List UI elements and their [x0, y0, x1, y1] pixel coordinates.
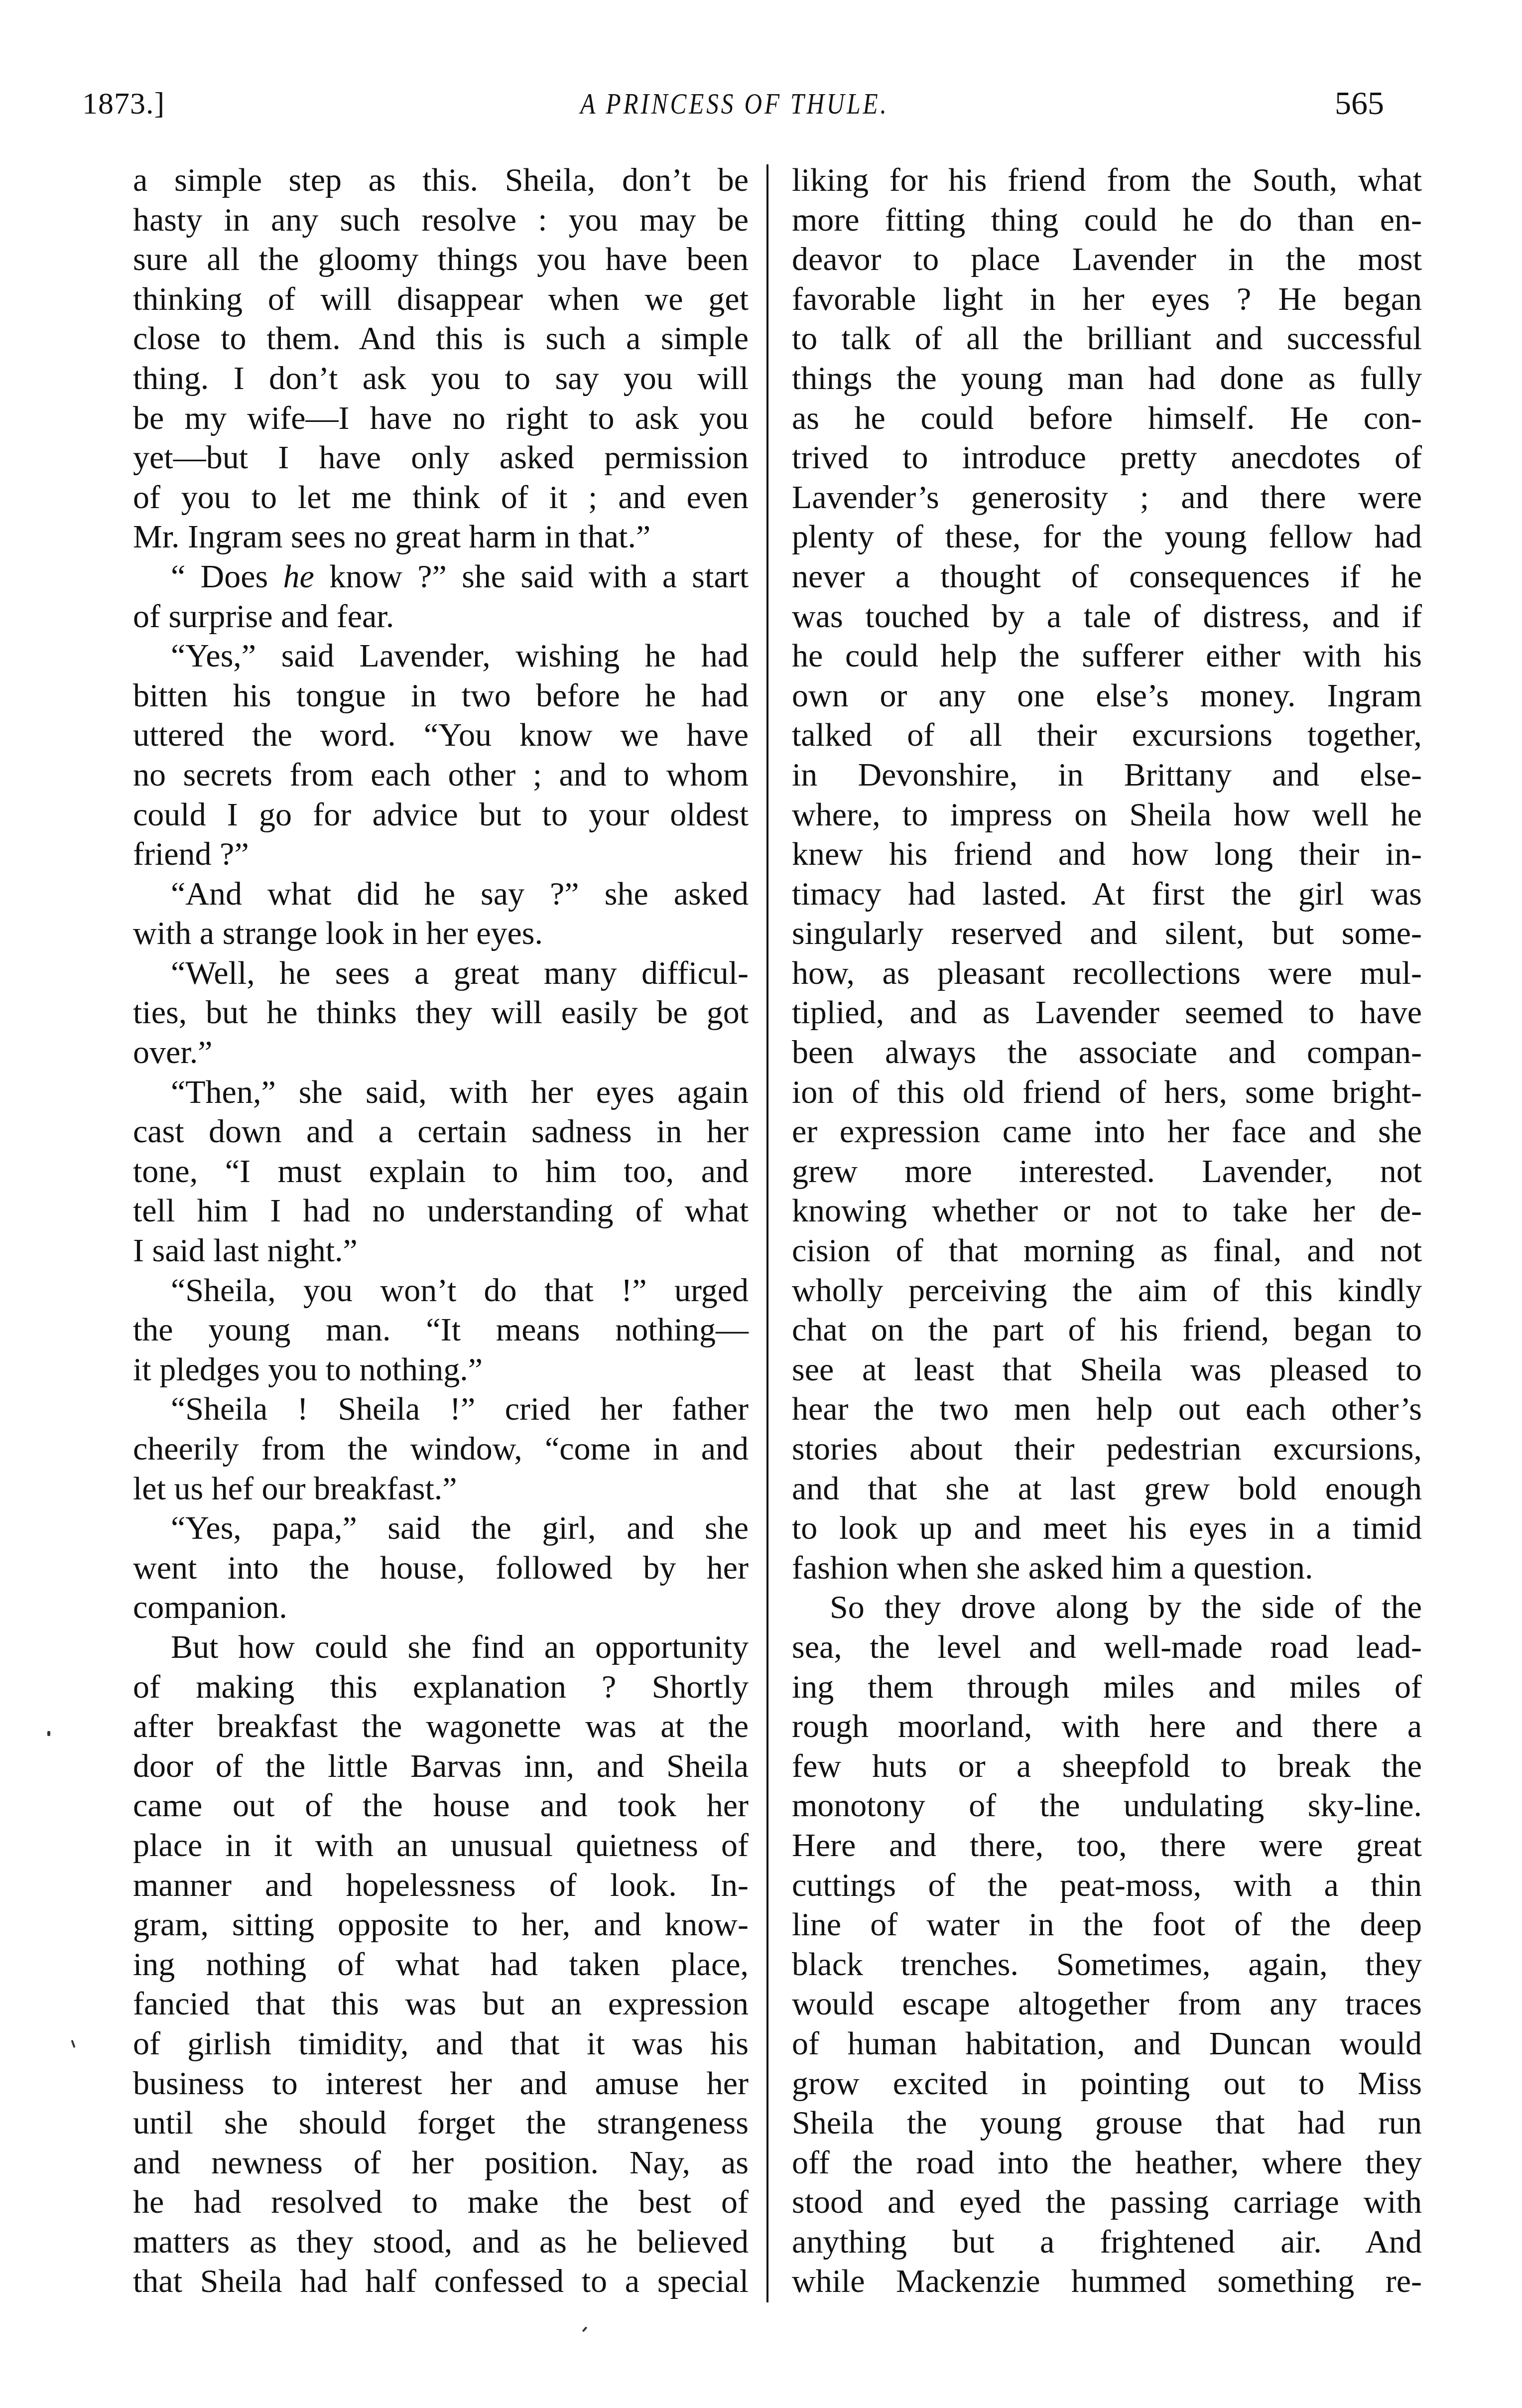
text-line: own or any one else’s money. Ingram	[792, 676, 1422, 716]
text-line: after breakfast the wagonette was at the	[133, 1707, 749, 1746]
text-line: Mr. Ingram sees no great harm in that.”	[133, 517, 749, 557]
text-line: a simple step as this. Sheila, don’t be	[133, 160, 749, 200]
text-line: hear the two men help out each other’s	[792, 1389, 1422, 1429]
running-head: 1873.] A PRINCESS OF THULE. 565	[0, 80, 1522, 125]
text-line: that Sheila had half confessed to a spec…	[133, 2262, 749, 2301]
text-segment: “ Does	[171, 558, 283, 595]
text-line: close to them. And this is such a simple	[133, 319, 749, 359]
text-line: to talk of all the brilliant and success…	[792, 319, 1422, 359]
text-line: chat on the part of his friend, began to	[792, 1310, 1422, 1350]
text-line: ing nothing of what had taken place,	[133, 1945, 749, 1985]
text-line: tiplied, and as Lavender seemed to have	[792, 993, 1422, 1033]
text-line: “Yes, papa,” said the girl, and she	[133, 1508, 749, 1548]
text-line: came out of the house and took her	[133, 1786, 749, 1826]
text-line: it pledges you to nothing.”	[133, 1350, 749, 1390]
text-line: knew his friend and how long their in-	[792, 834, 1422, 874]
text-line: “Then,” she said, with her eyes again	[133, 1072, 749, 1112]
text-line: black trenches. Sometimes, again, they	[792, 1945, 1422, 1985]
text-line: favorable light in her eyes ? He began	[792, 279, 1422, 319]
text-line: cheerily from the window, “come in and	[133, 1429, 749, 1469]
text-line: companion.	[133, 1588, 749, 1627]
text-line: ion of this old friend of hers, some bri…	[792, 1072, 1422, 1112]
text-line: of girlish timidity, and that it was his	[133, 2024, 749, 2064]
running-head-title: A PRINCESS OF THULE.	[565, 84, 904, 124]
text-line: fancied that this was but an expression	[133, 1984, 749, 2024]
text-line: hasty in any such resolve : you may be	[133, 200, 749, 240]
text-line: tone, “I must explain to him too, and	[133, 1152, 749, 1192]
text-line: tell him I had no understanding of what	[133, 1191, 749, 1231]
text-line: he could help the sufferer either with h…	[792, 636, 1422, 676]
text-line: timacy had lasted. At first the girl was	[792, 874, 1422, 914]
text-line: of you to let me think of it ; and even	[133, 478, 749, 518]
text-line: was touched by a tale of distress, and i…	[792, 597, 1422, 637]
text-line: Here and there, too, there were great	[792, 1826, 1422, 1866]
italic-emphasis: he	[283, 558, 314, 595]
text-line: few huts or a sheepfold to break the	[792, 1746, 1422, 1786]
text-line: line of water in the foot of the deep	[792, 1905, 1422, 1945]
text-line: the young man. “It means nothing—	[133, 1310, 749, 1350]
book-page: 1873.] A PRINCESS OF THULE. 565 a simple…	[0, 0, 1522, 2408]
text-line: of making this explanation ? Shortly	[133, 1667, 749, 1707]
text-line: of surprise and fear.	[133, 597, 749, 637]
text-line: anything but a frightened air. And	[792, 2222, 1422, 2262]
text-line: Lavender’s generosity ; and there were	[792, 478, 1422, 518]
text-line: manner and hopelessness of look. In-	[133, 1866, 749, 1905]
text-line: would escape altogether from any traces	[792, 1984, 1422, 2024]
text-line: door of the little Barvas inn, and Sheil…	[133, 1746, 749, 1786]
text-line: cuttings of the peat-moss, with a thin	[792, 1866, 1422, 1905]
text-line: and that she at last grew bold enough	[792, 1469, 1422, 1509]
scan-speck	[582, 2326, 588, 2332]
left-column: a simple step as this. Sheila, don’t beh…	[133, 160, 749, 2301]
text-line: sure all the gloomy things you have been	[133, 240, 749, 279]
text-line: ties, but he thinks they will easily be …	[133, 993, 749, 1033]
text-line: grow excited in pointing out to Miss	[792, 2064, 1422, 2104]
text-line: I said last night.”	[133, 1231, 749, 1271]
text-line: over.”	[133, 1033, 749, 1072]
text-line: to look up and meet his eyes in a timid	[792, 1508, 1422, 1548]
text-line: business to interest her and amuse her	[133, 2064, 749, 2104]
text-line: things the young man had done as fully	[792, 359, 1422, 399]
text-line: could I go for advice but to your oldest	[133, 795, 749, 835]
text-segment: know ?” she said with a start	[314, 558, 749, 595]
text-line: been always the associate and compan-	[792, 1033, 1422, 1072]
text-line: with a strange look in her eyes.	[133, 914, 749, 953]
text-line: rough moorland, with here and there a	[792, 1707, 1422, 1746]
text-line: er expression came into her face and she	[792, 1112, 1422, 1152]
text-line: while Mackenzie hummed something re-	[792, 2262, 1422, 2301]
text-line: thinking of will disappear when we get	[133, 279, 749, 319]
text-line: friend ?”	[133, 834, 749, 874]
text-line: But how could she find an opportunity	[133, 1627, 749, 1667]
text-line: let us hef our breakfast.”	[133, 1469, 749, 1509]
text-line: never a thought of consequences if he	[792, 557, 1422, 597]
text-line: gram, sitting opposite to her, and know-	[133, 1905, 749, 1945]
text-line: singularly reserved and silent, but some…	[792, 914, 1422, 953]
text-line: cision of that morning as final, and not	[792, 1231, 1422, 1271]
text-line: in Devonshire, in Brittany and else-	[792, 755, 1422, 795]
text-line: “Yes,” said Lavender, wishing he had	[133, 636, 749, 676]
text-line: yet—but I have only asked permission	[133, 438, 749, 478]
column-rule	[766, 164, 768, 2302]
text-line: until she should forget the strangeness	[133, 2103, 749, 2143]
text-line: “ Does he know ?” she said with a start	[133, 557, 749, 597]
page-number: 565	[1335, 84, 1384, 124]
text-line: bitten his tongue in two before he had	[133, 676, 749, 716]
text-line: ing them through miles and miles of	[792, 1667, 1422, 1707]
text-line: fashion when she asked him a question.	[792, 1548, 1422, 1588]
scan-speck	[47, 1731, 50, 1736]
text-line: see at least that Sheila was pleased to	[792, 1350, 1422, 1390]
running-head-year: 1873.]	[82, 84, 165, 124]
text-line: So they drove along by the side of the	[792, 1588, 1422, 1627]
text-line: how, as pleasant recollections were mul-	[792, 953, 1422, 993]
text-line: uttered the word. “You know we have	[133, 715, 749, 755]
text-line: “And what did he say ?” she asked	[133, 874, 749, 914]
text-line: stories about their pedestrian excursion…	[792, 1429, 1422, 1469]
text-line: sea, the level and well-made road lead-	[792, 1627, 1422, 1667]
text-line: stood and eyed the passing carriage with	[792, 2182, 1422, 2222]
text-line: “Sheila ! Sheila !” cried her father	[133, 1389, 749, 1429]
text-line: deavor to place Lavender in the most	[792, 240, 1422, 279]
text-line: of human habitation, and Duncan would	[792, 2024, 1422, 2064]
text-line: trived to introduce pretty anecdotes of	[792, 438, 1422, 478]
text-line: went into the house, followed by her	[133, 1548, 749, 1588]
scan-speck	[71, 2040, 75, 2048]
text-line: knowing whether or not to take her de-	[792, 1191, 1422, 1231]
text-line: and newness of her position. Nay, as	[133, 2143, 749, 2183]
text-line: more fitting thing could he do than en-	[792, 200, 1422, 240]
text-line: where, to impress on Sheila how well he	[792, 795, 1422, 835]
right-column: liking for his friend from the South, wh…	[792, 160, 1422, 2301]
text-line: no secrets from each other ; and to whom	[133, 755, 749, 795]
text-line: thing. I don’t ask you to say you will	[133, 359, 749, 399]
text-line: talked of all their excursions together,	[792, 715, 1422, 755]
text-line: place in it with an unusual quietness of	[133, 1826, 749, 1866]
text-line: wholly perceiving the aim of this kindly	[792, 1271, 1422, 1311]
text-line: monotony of the undulating sky-line.	[792, 1786, 1422, 1826]
text-line: Sheila the young grouse that had run	[792, 2103, 1422, 2143]
text-line: “Well, he sees a great many difficul-	[133, 953, 749, 993]
text-line: matters as they stood, and as he believe…	[133, 2222, 749, 2262]
text-line: liking for his friend from the South, wh…	[792, 160, 1422, 200]
text-line: grew more interested. Lavender, not	[792, 1152, 1422, 1192]
text-line: “Sheila, you won’t do that !” urged	[133, 1271, 749, 1311]
text-line: off the road into the heather, where the…	[792, 2143, 1422, 2183]
text-line: be my wife—I have no right to ask you	[133, 399, 749, 438]
text-line: cast down and a certain sadness in her	[133, 1112, 749, 1152]
text-line: plenty of these, for the young fellow ha…	[792, 517, 1422, 557]
text-line: he had resolved to make the best of	[133, 2182, 749, 2222]
text-line: as he could before himself. He con-	[792, 399, 1422, 438]
